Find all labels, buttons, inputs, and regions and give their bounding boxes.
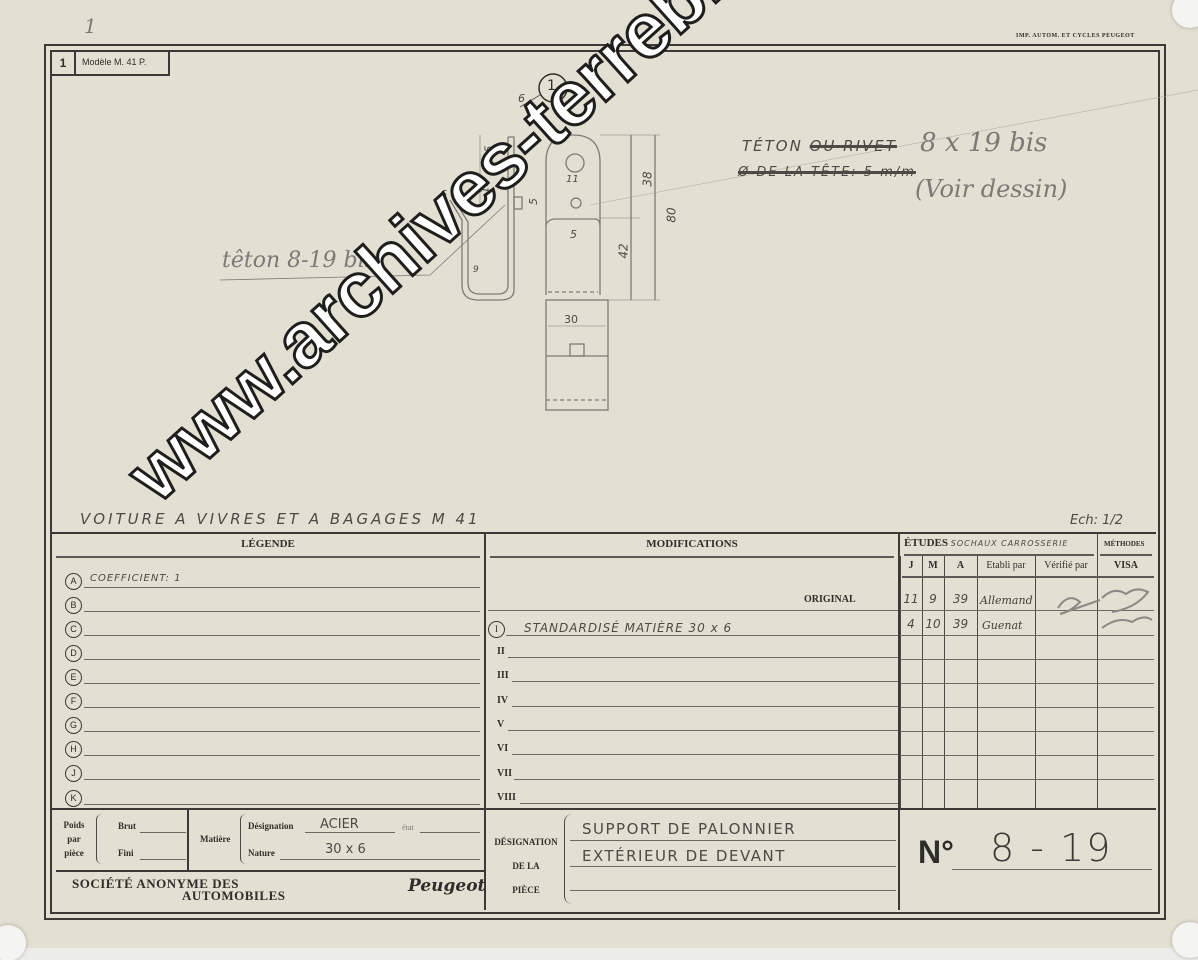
scale: Ech: 1/2 — [1070, 513, 1123, 528]
divider — [52, 532, 1156, 534]
matiere-label: Matière — [200, 834, 230, 844]
designation-label: Désignation — [248, 821, 294, 831]
dim-80: 80 — [665, 207, 679, 222]
note-struck-diameter: Ø DE LA TÊTE: 5 m/m — [738, 165, 916, 180]
divider — [490, 556, 894, 558]
modification-number: IV — [497, 695, 508, 706]
column-a: A — [944, 560, 977, 571]
divider — [52, 808, 1156, 810]
row1-j: 11 — [900, 592, 922, 606]
row2-etabli: Guenat — [982, 619, 1022, 632]
dim-width: 30 — [564, 313, 578, 326]
modification-number: III — [497, 670, 509, 681]
legend-letter: G — [65, 717, 82, 734]
legend-letter: C — [65, 621, 82, 638]
modification-number: II — [497, 646, 505, 657]
brace — [240, 814, 247, 864]
dim-42: 42 — [617, 243, 631, 258]
etat-label: état — [402, 823, 414, 832]
dim-9: 9 — [473, 265, 479, 275]
brace — [96, 814, 103, 864]
modifications-header: MODIFICATIONS — [486, 538, 898, 550]
original-label: ORIGINAL — [804, 594, 856, 605]
modification-number: VII — [497, 768, 512, 779]
row2-j: 4 — [900, 617, 922, 631]
nature-value: 30 x 6 — [325, 842, 366, 857]
legend-letter: J — [65, 765, 82, 782]
legend-header: LÉGENDE — [52, 538, 484, 550]
legend-letter: F — [65, 693, 82, 710]
designation-line1: SUPPORT DE PALONNIER — [582, 820, 796, 838]
row1-a: 39 — [944, 592, 977, 606]
divider — [56, 556, 480, 558]
legend-letter: E — [65, 669, 82, 686]
dim-5b: 5 — [527, 198, 540, 205]
modification-number: VIII — [497, 792, 516, 803]
dim-5c: 5 — [570, 228, 577, 241]
vehicle-title: VOITURE A VIVRES ET A BAGAGES M 41 — [80, 510, 481, 528]
modification-number: VI — [497, 743, 508, 754]
dim-hole: 11 — [566, 174, 579, 185]
number-label: N° — [918, 834, 954, 871]
modification-number: I — [488, 621, 505, 638]
legend-letter: A — [65, 573, 82, 590]
column-verifie: Vérifié par — [1035, 560, 1097, 571]
legend-letter: H — [65, 741, 82, 758]
brut-label: Brut — [118, 821, 136, 831]
modification-text: STANDARDISÉ MATIÈRE 30 x 6 — [524, 621, 732, 635]
legend-letter: B — [65, 597, 82, 614]
note-teton: TÉTON OU RIVET — [742, 137, 897, 155]
peugeot-logo: Peugeot — [408, 876, 485, 896]
etudes-header: ÉTUDES SOCHAUX CARROSSERIE — [904, 537, 1068, 549]
modification-number: V — [497, 719, 504, 730]
company-line2: AUTOMOBILES — [182, 888, 286, 904]
scanner-bed — [0, 948, 1198, 960]
column-etabli: Etabli par — [977, 560, 1035, 571]
dim-38: 38 — [641, 171, 655, 186]
column-visa: VISA — [1097, 560, 1155, 571]
signature-scribble — [1040, 578, 1160, 638]
designation-line2: EXTÉRIEUR DE DEVANT — [582, 847, 786, 865]
pencil-note-see-drawing: (Voir dessin) — [915, 175, 1067, 203]
methodes-header: MÉTHODES — [1104, 540, 1144, 548]
row1-etabli: Allemand — [980, 594, 1033, 607]
designation-piece-label: DÉSIGNATION DE LA PIÈCE — [488, 830, 564, 902]
pencil-note-ref: 8 x 19 bis — [920, 128, 1047, 158]
nature-label: Nature — [248, 848, 275, 858]
designation-value: ACIER — [320, 817, 359, 832]
legend-text: COEFFICIENT: 1 — [90, 573, 181, 584]
divider — [484, 532, 486, 910]
part-number: 8 - 19 — [990, 826, 1112, 870]
row2-a: 39 — [944, 617, 977, 631]
column-j: J — [900, 560, 922, 571]
row2-m: 10 — [922, 617, 944, 631]
row1-m: 9 — [922, 592, 944, 606]
poids-label: Poids par pièce — [56, 818, 92, 860]
column-m: M — [922, 560, 944, 571]
legend-letter: D — [65, 645, 82, 662]
fini-label: Fini — [118, 848, 134, 858]
legend-letter: K — [65, 790, 82, 807]
